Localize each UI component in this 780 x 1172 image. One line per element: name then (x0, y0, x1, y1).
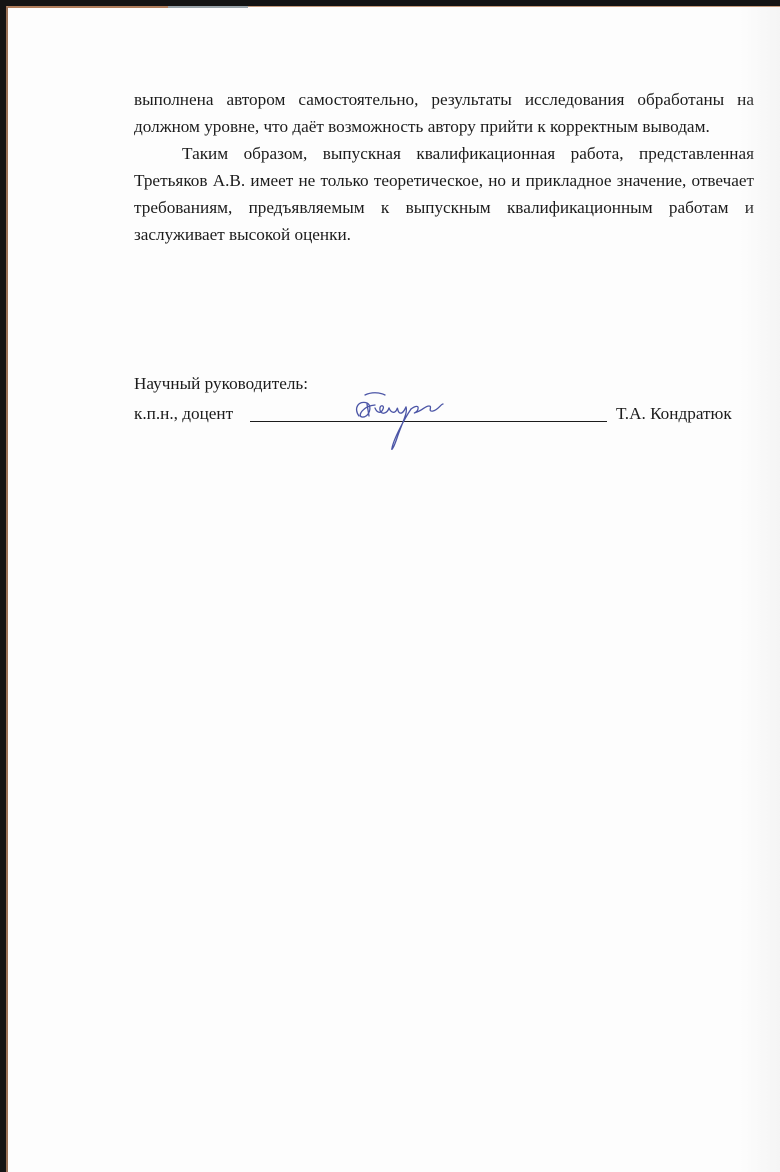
body-text: выполнена автором самостоятельно, резуль… (134, 86, 754, 248)
handwritten-signature-icon (345, 390, 455, 455)
paragraph-final-assessment: Таким образом, выпускная квалификационна… (134, 140, 754, 248)
supervisor-label: Научный руководитель: (134, 370, 308, 397)
page-edge-decoration (168, 6, 248, 8)
supervisor-position: к.п.н., доцент (134, 400, 233, 427)
paragraph-conclusion-part: выполнена автором самостоятельно, резуль… (134, 86, 754, 140)
document-page: выполнена автором самостоятельно, резуль… (6, 6, 780, 1172)
supervisor-name: Т.А. Кондратюк (616, 400, 732, 427)
page-edge-decoration (8, 6, 168, 8)
